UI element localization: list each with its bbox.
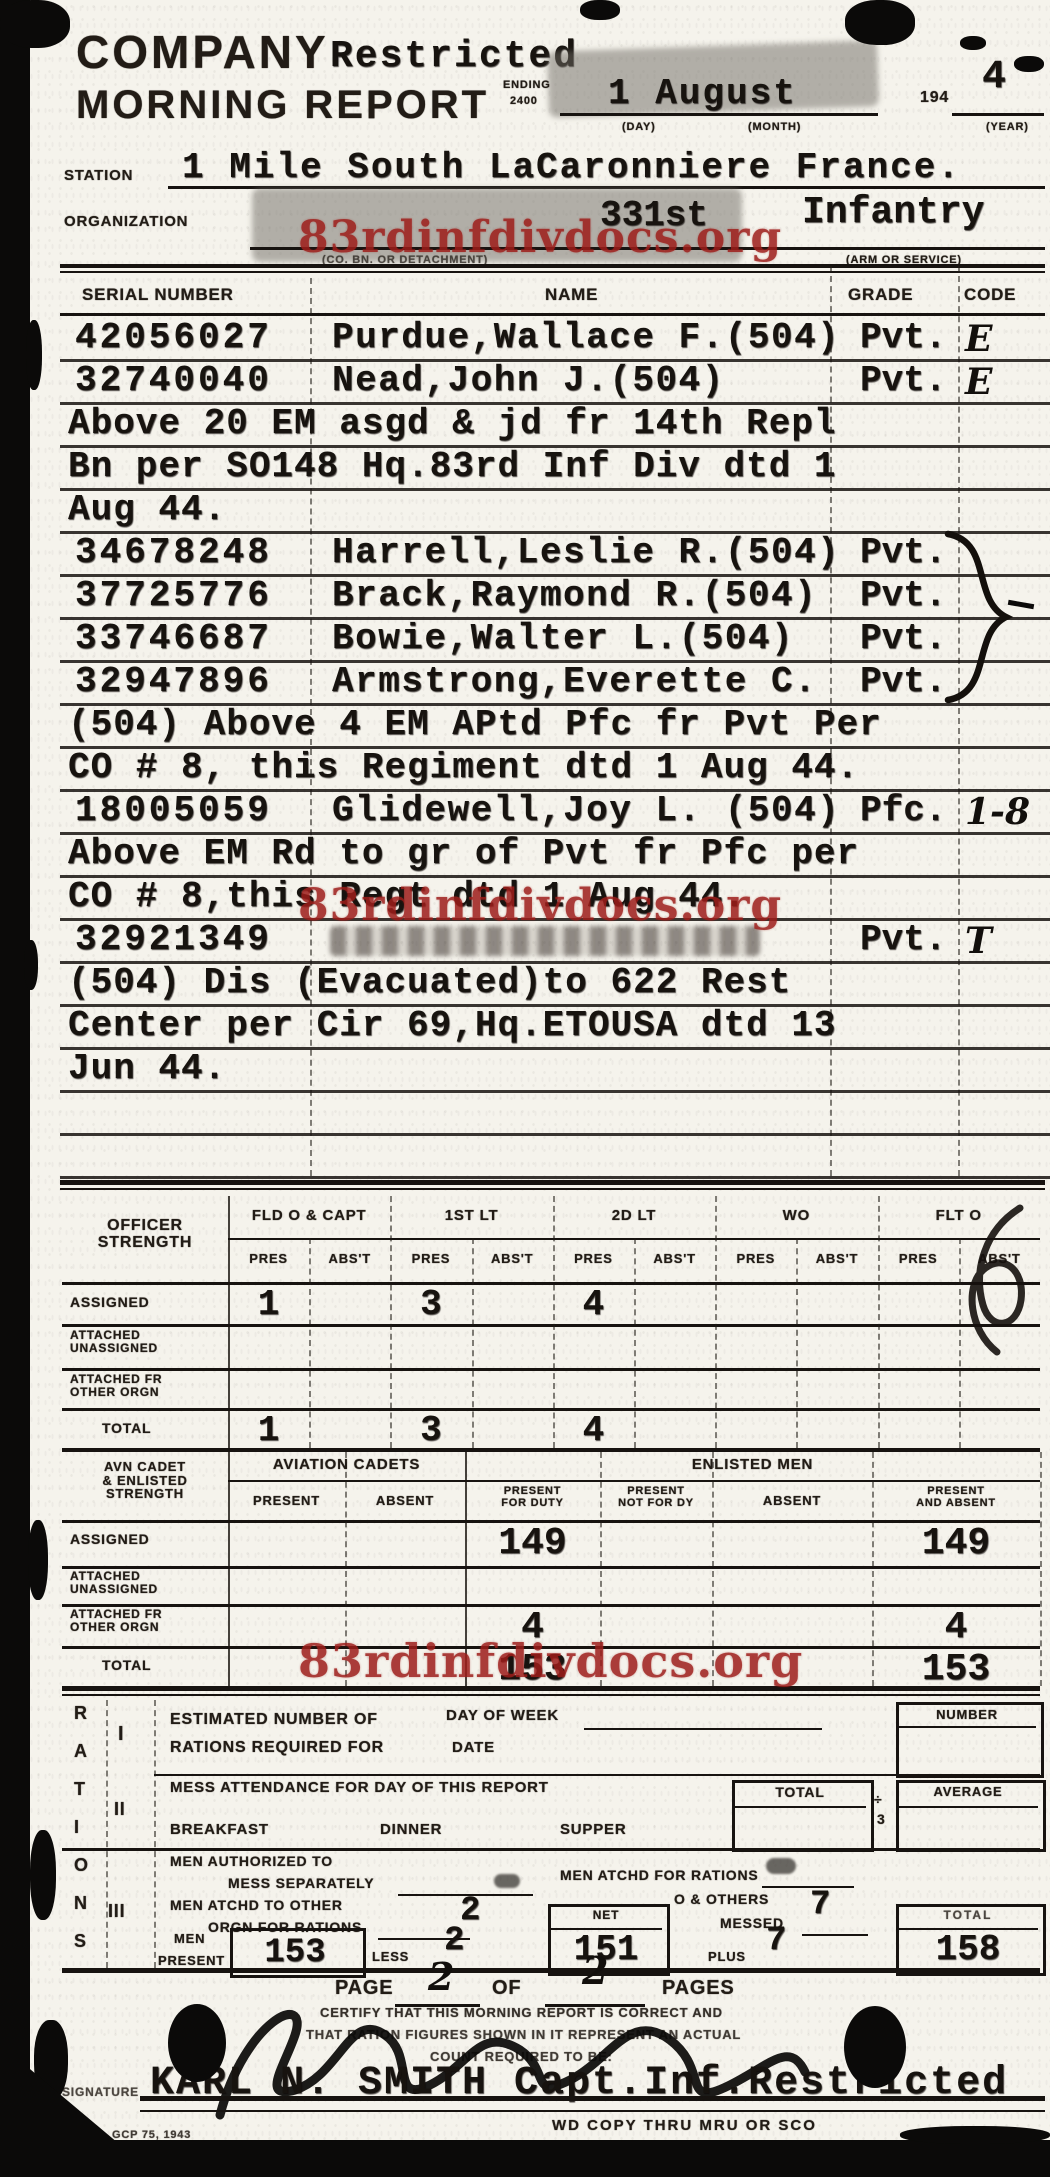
officer-subheader: PRES: [390, 1252, 471, 1266]
date-underline: [560, 113, 878, 116]
scan-edge-left: [0, 0, 30, 2177]
roster-note-text: (504) Above 4 EM APtd Pfc fr Pvt Per: [68, 707, 882, 743]
officer-subheader: ABS'T: [796, 1252, 877, 1266]
roster-note-text: Above EM Rd to gr of Pvt fr Pfc per: [68, 836, 859, 872]
officer-row-label: ATTACHED UNASSIGNED: [70, 1329, 158, 1354]
ending-label: ENDING: [503, 80, 551, 92]
supper-label: SUPPER: [560, 1822, 627, 1838]
roster-code-mark: T: [965, 923, 992, 959]
officer-col-group-3: 2D LT: [553, 1208, 715, 1224]
enlisted-col-divider: [872, 1452, 874, 1686]
number-box-rule: [898, 1726, 1036, 1728]
officer-table-top-rule-2: [60, 1188, 1045, 1190]
officer-subheader: ABS'T: [472, 1252, 553, 1266]
enlisted-col-header: PRESENT NOT FOR DY: [600, 1486, 712, 1509]
mess-separately-label: MESS SEPARATELY: [228, 1876, 374, 1891]
average-box-label: AVERAGE: [896, 1785, 1040, 1799]
enlisted-col-header: ABSENT: [345, 1494, 465, 1508]
rations-side-letter: S: [74, 1932, 87, 1951]
roster-serial: 42056027: [75, 320, 272, 356]
officer-value: 1: [228, 1287, 309, 1323]
ending-2400-label: 2400: [510, 96, 538, 108]
officer-value: 3: [390, 1287, 471, 1323]
roster-header-code: CODE: [964, 286, 1016, 304]
roster-serial: 18005059: [75, 793, 272, 829]
roster-serial: 32921349: [75, 922, 272, 958]
rations-total-value: 158: [896, 1932, 1040, 1968]
routing-note: WD COPY THRU MRU OR SCO: [552, 2118, 817, 2134]
watermark-top: 83rdinfdivdocs.org: [298, 216, 782, 260]
form-title: COMPANY: [76, 28, 329, 76]
rations-side-letter: N: [74, 1894, 88, 1913]
enlisted-table-bottom-rule-2: [62, 1694, 1040, 1696]
officer-table-top-rule: [60, 1180, 1045, 1185]
month-label: (MONTH): [748, 122, 801, 134]
roster-note-row: Bn per SO148 Hq.83rd Inf Div dtd 1: [60, 445, 1050, 491]
officer-value: 1: [228, 1413, 309, 1449]
enlisted-row-label: ATTACHED FR OTHER ORGN: [70, 1608, 162, 1633]
roster-header-name: NAME: [545, 286, 598, 304]
mess-separately-smear: [494, 1874, 520, 1888]
officer-col-divider: [472, 1238, 474, 1448]
officer-col-divider: [715, 1196, 717, 1448]
officer-value: 3: [390, 1413, 471, 1449]
roster-note-row: Above EM Rd to gr of Pvt fr Pfc per: [60, 832, 1050, 878]
enlisted-row-rule: [62, 1566, 1040, 1569]
signature-label: SIGNATURE: [62, 2086, 139, 2099]
divide-sign: ÷: [874, 1792, 882, 1807]
men-present-value: 153: [230, 1936, 360, 1970]
organization-label: ORGANIZATION: [64, 214, 188, 230]
enlisted-col-header: PRESENT FOR DUTY: [465, 1486, 600, 1509]
roster-top-rule-2: [60, 271, 1045, 273]
officer-subheader: ABS'T: [309, 1252, 390, 1266]
roster-serial: 34678248: [75, 535, 272, 571]
signature-handwriting: [200, 1980, 820, 2130]
year-label: (YEAR): [986, 122, 1029, 134]
day-of-week-label: DAY OF WEEK: [446, 1708, 559, 1724]
enlisted-row-label: ASSIGNED: [70, 1532, 150, 1547]
enlisted-col-divider: [1040, 1452, 1042, 1686]
officer-value: 4: [553, 1287, 634, 1323]
scan-edge-blob-4: [30, 1830, 56, 1920]
officer-subheader: ABS'T: [634, 1252, 715, 1266]
average-box-rule: [898, 1806, 1038, 1808]
roster-grade: Pvt.: [860, 363, 946, 399]
roster-grade: Pvt.: [860, 578, 946, 614]
roster-note-text: Aug 44.: [68, 492, 226, 528]
number-box-label: NUMBER: [896, 1708, 1038, 1722]
rations-side-letter: R: [74, 1704, 88, 1723]
signature-strike-line: [140, 2096, 1045, 2101]
officer-value: 4: [553, 1413, 634, 1449]
rations-side-letter: I: [74, 1818, 80, 1837]
enlisted-value: 149: [872, 1525, 1040, 1563]
officer-row-rule: [62, 1408, 1040, 1411]
officer-row-rule: [62, 1282, 1040, 1285]
rations-side-letter: O: [74, 1856, 89, 1875]
roster-grade: Pvt.: [860, 922, 946, 958]
officer-col-group-2: 1ST LT: [390, 1208, 552, 1224]
breakfast-label: BREAKFAST: [170, 1822, 269, 1838]
roster-note-text: Center per Cir 69,Hq.ETOUSA dtd 13: [68, 1008, 837, 1044]
enlisted-group-enlisted-men: ENLISTED MEN: [465, 1457, 1040, 1473]
men-atchd-rations-label: MEN ATCHD FOR RATIONS: [560, 1868, 759, 1883]
roster-header-grade: GRADE: [848, 286, 913, 304]
form-title-line2: MORNING REPORT: [76, 84, 489, 126]
report-date: 1 August: [608, 76, 797, 112]
roster-note-text: Above 20 EM asgd & jd fr 14th Repl: [68, 406, 837, 442]
officer-row-label: ATTACHED FR OTHER ORGN: [70, 1373, 162, 1398]
estimated-rations-label-2: RATIONS REQUIRED FOR: [170, 1740, 384, 1757]
roster-serial: 33746687: [75, 621, 272, 657]
enlisted-col-header: ABSENT: [712, 1494, 872, 1508]
roster-header-serial: SERIAL NUMBER: [82, 286, 234, 304]
officer-col-divider: [878, 1196, 880, 1448]
enlisted-col-header: PRESENT: [228, 1494, 345, 1508]
roster-row: 32740040Nead,John J.(504)Pvt.E: [60, 359, 1050, 405]
enlisted-value: 149: [465, 1525, 600, 1563]
messed-value: 7: [810, 1888, 830, 1922]
roster-row: 37725776Brack,Raymond R.(504)Pvt.: [60, 574, 1050, 620]
men-label: MEN: [174, 1932, 205, 1946]
roster-grade: Pvt.: [860, 664, 946, 700]
officer-subheader: PRES: [228, 1252, 309, 1266]
scan-blob-top-1: [580, 0, 620, 20]
year-underline: [952, 113, 1044, 116]
day-label: (DAY): [622, 122, 656, 134]
scan-edge-blob-3: [28, 1520, 48, 1600]
scan-edge-bottom-ragged: [900, 2126, 1050, 2144]
roster-name: Harrell,Leslie R.(504): [332, 535, 840, 571]
officer-subheader: PRES: [553, 1252, 634, 1266]
roster-note-text: (504) Dis (Evacuated)to 622 Rest: [68, 965, 791, 1001]
roster-top-rule: [60, 264, 1045, 268]
rations-rule-2: [62, 1848, 1040, 1851]
men-atchd-rations-smear: [766, 1858, 796, 1874]
rations-side-label: RATIONS: [74, 1704, 96, 1968]
officer-col-divider: [796, 1238, 798, 1448]
signature-underline: [140, 2110, 1045, 2112]
roster-serial: 37725776: [75, 578, 272, 614]
enlisted-col-header: PRESENT AND ABSENT: [872, 1486, 1040, 1509]
enlisted-row-rule: [62, 1604, 1040, 1607]
officer-col-group-4: WO: [715, 1208, 877, 1224]
enlisted-value: 153: [872, 1651, 1040, 1689]
roster-serial: 32947896: [75, 664, 272, 700]
year-digit: 4: [982, 58, 1006, 98]
officer-corner-label: OFFICER STRENGTH: [66, 1218, 224, 1252]
enlisted-row-label: TOTAL: [102, 1658, 151, 1673]
roster-grade: Pvt.: [860, 320, 946, 356]
mess-total-label: TOTAL: [732, 1785, 868, 1800]
roster-blank-row: [60, 1133, 1050, 1179]
roster-note-row: Aug 44.: [60, 488, 1050, 534]
scan-edge-bottom: [0, 2140, 1050, 2177]
roster-note-text: CO # 8, this Regiment dtd 1 Aug 44.: [68, 750, 859, 786]
handwritten-flourish: [925, 1200, 1045, 1360]
roster-name: Purdue,Wallace F.(504): [332, 320, 840, 356]
o-and-others-label: O & OTHERS: [674, 1892, 769, 1907]
handwritten-brace: [940, 528, 1018, 706]
men-authorized-label: MEN AUTHORIZED TO: [170, 1854, 333, 1869]
officer-col-divider: [390, 1196, 392, 1448]
net-box-label: NET: [548, 1909, 664, 1922]
scan-corner-blob-topleft: [0, 0, 70, 48]
scan-edge-blob-1: [26, 320, 42, 390]
officer-subheader: PRES: [715, 1252, 796, 1266]
year-prefix: 194: [920, 90, 949, 107]
present-label: PRESENT: [158, 1954, 225, 1968]
rations-numeral-1: I: [118, 1724, 124, 1745]
officer-col-divider: [634, 1238, 636, 1448]
less-value: 2: [444, 1924, 464, 1958]
roster-row: 33746687Bowie,Walter L.(504)Pvt.: [60, 617, 1050, 663]
scan-blob-top-3: [960, 36, 986, 50]
station-label: STATION: [64, 168, 133, 184]
roster-code-mark: E: [965, 321, 992, 357]
enlisted-row-label: ATTACHED UNASSIGNED: [70, 1570, 158, 1595]
rations-section: RATIONS I II III ESTIMATED NUMBER OF RAT…: [62, 1700, 1040, 1968]
less-label: LESS: [372, 1950, 409, 1964]
officer-row-label: TOTAL: [102, 1421, 151, 1436]
enlisted-value: 4: [872, 1609, 1040, 1647]
roster-serial: 32740040: [75, 363, 272, 399]
scan-blob-top-4: [1014, 56, 1044, 72]
divide-by-3: 3: [877, 1812, 886, 1827]
roster-note-row: Above 20 EM asgd & jd fr 14th Repl: [60, 402, 1050, 448]
enlisted-corner-label: AVN CADET & ENLISTED STRENGTH: [66, 1460, 224, 1501]
plus-label: PLUS: [708, 1950, 746, 1964]
watermark-bottom: 83rdinfdivdocs.org: [298, 1638, 803, 1684]
enlisted-label-divider: [228, 1452, 230, 1686]
roster-name: Armstrong,Everette C.: [332, 664, 817, 700]
roster-blank-row: [60, 1090, 1050, 1136]
roster-note-row: Jun 44.: [60, 1047, 1050, 1093]
rations-bottom-rule: [62, 1968, 1040, 1973]
roster-code-mark: E: [965, 364, 992, 400]
punch-hole-left: [168, 2004, 226, 2082]
officer-col-divider: [553, 1196, 555, 1448]
roster-name: Glidewell,Joy L. (504): [332, 793, 840, 829]
officer-col-divider: [309, 1238, 311, 1448]
officer-row-rule: [62, 1368, 1040, 1371]
roster-note-row: Center per Cir 69,Hq.ETOUSA dtd 13: [60, 1004, 1050, 1050]
scanned-morning-report-document: COMPANY Restricted MORNING REPORT ENDING…: [0, 0, 1050, 2177]
roster-grade: Pfc.: [860, 793, 946, 829]
officer-col-group-1: FLD O & CAPT: [228, 1208, 390, 1224]
mess-total-rule: [734, 1806, 866, 1808]
roster-name: Bowie,Walter L.(504): [332, 621, 794, 657]
station-value: 1 Mile South LaCaronniere France.: [182, 150, 961, 186]
rations-total-label: TOTAL: [896, 1909, 1040, 1922]
day-of-week-blank: [584, 1728, 822, 1730]
rations-numeral-2: II: [114, 1800, 126, 1819]
rations-numeral-3: III: [108, 1902, 125, 1921]
enlisted-group-rule: [228, 1480, 1040, 1482]
roster-note-row: CO # 8, this Regiment dtd 1 Aug 44.: [60, 746, 1050, 792]
roster-name: Nead,John J.(504): [332, 363, 725, 399]
roster-row: 42056027Purdue,Wallace F.(504)Pvt.E: [60, 316, 1050, 362]
men-atchd-rations-blank: [762, 1886, 854, 1888]
watermark-middle: 83rdinfdivdocs.org: [298, 884, 782, 928]
enlisted-row-rule: [62, 1520, 1040, 1523]
roster-grade: Pvt.: [860, 621, 946, 657]
roster-note-row: (504) Dis (Evacuated)to 622 Rest: [60, 961, 1050, 1007]
roster-grade: Pvt.: [860, 535, 946, 571]
men-atchd-other-label-1: MEN ATCHD TO OTHER: [170, 1898, 343, 1913]
rations-side-letter: T: [74, 1780, 86, 1799]
organization-service: Infantry: [802, 194, 984, 232]
date-field-label: DATE: [452, 1740, 495, 1756]
roster-note-row: (504) Above 4 EM APtd Pfc fr Pvt Per: [60, 703, 1050, 749]
roster-row: 34678248Harrell,Leslie R.(504)Pvt.: [60, 531, 1050, 577]
roster-name: Brack,Raymond R.(504): [332, 578, 817, 614]
officer-row-rule: [62, 1324, 1040, 1327]
roster-code-mark: 1-8: [965, 794, 1030, 830]
roster-note-text: Jun 44.: [68, 1051, 226, 1087]
plus-value: 7: [766, 1924, 786, 1958]
roster-row: 18005059Glidewell,Joy L. (504)Pfc.1-8: [60, 789, 1050, 835]
roster-row: 32947896Armstrong,Everette C.Pvt.: [60, 660, 1050, 706]
punch-hole-right: [844, 2006, 906, 2088]
scan-edge-blob-2: [24, 940, 38, 990]
rations-side-letter: A: [74, 1742, 88, 1761]
estimated-rations-label-1: ESTIMATED NUMBER OF: [170, 1712, 378, 1729]
officer-row-label: ASSIGNED: [70, 1295, 150, 1310]
mess-attendance-label: MESS ATTENDANCE FOR DAY OF THIS REPORT: [170, 1780, 549, 1796]
rations-divider-2: [154, 1700, 156, 1968]
messed-blank: [802, 1934, 868, 1936]
classification-stamp: Restricted: [330, 38, 578, 76]
roster-body: 42056027Purdue,Wallace F.(504)Pvt.E32740…: [60, 316, 1050, 1176]
roster-note-text: Bn per SO148 Hq.83rd Inf Div dtd 1: [68, 449, 837, 485]
officer-strength-table: OFFICER STRENGTHFLD O & CAPT1ST LT2D LTW…: [62, 1196, 1040, 1448]
scan-blob-top-2: [845, 0, 915, 45]
officer-label-divider: [228, 1196, 230, 1448]
rations-divider-1: [106, 1700, 108, 1968]
dinner-label: DINNER: [380, 1822, 442, 1838]
